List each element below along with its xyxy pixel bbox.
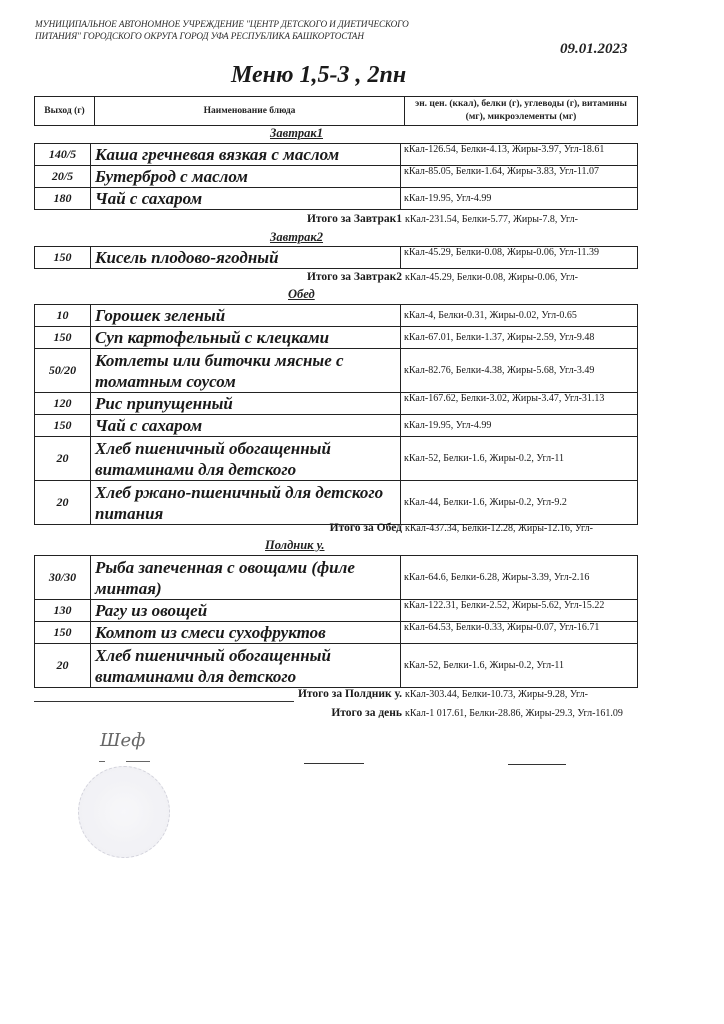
- meal-total-breakfast2: Итого за Завтрак2 кКал-45.29, Белки-0.08…: [34, 271, 638, 287]
- dish-yield: 150: [35, 415, 91, 437]
- dish-nutrition: кКал-64.6, Белки-6.28, Жиры-3.39, Угл-2.…: [401, 556, 638, 600]
- dish-yield: 140/5: [35, 144, 91, 166]
- table-row: 180 Чай с сахаром кКал-19.95, Угл-4.99: [35, 188, 638, 210]
- dish-name: Суп картофельный с клецками: [91, 327, 401, 349]
- signature-dash: [126, 761, 150, 762]
- dish-yield: 20: [35, 437, 91, 481]
- total-value: кКал-437.34, Белки-12.28, Жиры-12.16, Уг…: [405, 523, 593, 535]
- dish-nutrition: кКал-64.53, Белки-0.33, Жиры-0.07, Угл-1…: [401, 622, 638, 644]
- day-total-label: Итого за день: [331, 707, 402, 719]
- table-row: 50/20 Котлеты или биточки мясные с томат…: [35, 349, 638, 393]
- dish-name: Горошек зеленый: [91, 305, 401, 327]
- dish-name: Рис припущенный: [91, 393, 401, 415]
- dish-yield: 150: [35, 327, 91, 349]
- meal-title-snack: Полдник у.: [265, 538, 325, 553]
- total-label: Итого за Завтрак1: [307, 213, 402, 225]
- total-value: кКал-231.54, Белки-5.77, Жиры-7.8, Угл-: [405, 214, 578, 226]
- signature-line: [508, 764, 566, 765]
- dish-name: Хлеб ржано-пшеничный для детского питани…: [91, 481, 401, 525]
- dish-name: Кисель плодово-ягодный: [91, 247, 401, 269]
- dish-name: Чай с сахаром: [91, 415, 401, 437]
- column-header-dish: Наименование блюда: [95, 97, 405, 126]
- meal-total-breakfast1: Итого за Завтрак1 кКал-231.54, Белки-5.7…: [34, 213, 638, 229]
- signature-mark: Шеф: [100, 730, 145, 751]
- table-row: 20 Хлеб пшеничный обогащенный витаминами…: [35, 437, 638, 481]
- column-header-table: Выход (г) Наименование блюда эн. цен. (к…: [34, 96, 638, 126]
- dish-name: Рагу из овощей: [91, 600, 401, 622]
- meal-title-lunch: Обед: [288, 287, 315, 302]
- dish-yield: 10: [35, 305, 91, 327]
- dish-name: Хлеб пшеничный обогащенный витаминами дл…: [91, 437, 401, 481]
- meal-table-lunch: 10 Горошек зеленый кКал-4, Белки-0.31, Ж…: [34, 304, 638, 525]
- dish-nutrition: кКал-82.76, Белки-4.38, Жиры-5.68, Угл-3…: [401, 349, 638, 393]
- dish-yield: 50/20: [35, 349, 91, 393]
- meal-table-breakfast2: 150 Кисель плодово-ягодный кКал-45.29, Б…: [34, 246, 638, 269]
- dish-nutrition: кКал-67.01, Белки-1.37, Жиры-2.59, Угл-9…: [401, 327, 638, 349]
- dish-nutrition: кКал-45.29, Белки-0.08, Жиры-0.06, Угл-1…: [401, 247, 638, 269]
- dish-nutrition: кКал-85.05, Белки-1.64, Жиры-3.83, Угл-1…: [401, 166, 638, 188]
- table-row: 150 Компот из смеси сухофруктов кКал-64.…: [35, 622, 638, 644]
- meal-total-lunch: Итого за Обед кКал-437.34, Белки-12.28, …: [34, 522, 638, 538]
- signature-dash: [99, 761, 105, 762]
- dish-nutrition: кКал-52, Белки-1.6, Жиры-0.2, Угл-11: [401, 437, 638, 481]
- dish-name: Бутерброд с маслом: [91, 166, 401, 188]
- day-total-value: кКал-1 017.61, Белки-28.86, Жиры-29.3, У…: [405, 708, 640, 720]
- dish-nutrition: кКал-52, Белки-1.6, Жиры-0.2, Угл-11: [401, 644, 638, 688]
- dish-yield: 150: [35, 247, 91, 269]
- total-label: Итого за Полдник у.: [298, 688, 402, 700]
- table-row: 120 Рис припущенный кКал-167.62, Белки-3…: [35, 393, 638, 415]
- table-row: 20 Хлеб ржано-пшеничный для детского пит…: [35, 481, 638, 525]
- dish-name: Хлеб пшеничный обогащенный витаминами дл…: [91, 644, 401, 688]
- dish-yield: 20: [35, 644, 91, 688]
- dish-name: Котлеты или биточки мясные с томатным со…: [91, 349, 401, 393]
- total-label: Итого за Завтрак2: [307, 271, 402, 283]
- table-row: 150 Суп картофельный с клецками кКал-67.…: [35, 327, 638, 349]
- dish-name: Чай с сахаром: [91, 188, 401, 210]
- column-header-yield: Выход (г): [35, 97, 95, 126]
- dish-yield: 130: [35, 600, 91, 622]
- dish-nutrition: кКал-126.54, Белки-4.13, Жиры-3.97, Угл-…: [401, 144, 638, 166]
- stamp-icon: [78, 766, 170, 858]
- meal-table-breakfast1: 140/5 Каша гречневая вязкая с маслом кКа…: [34, 143, 638, 210]
- meal-table-snack: 30/30 Рыба запеченная с овощами (филе ми…: [34, 555, 638, 688]
- dish-nutrition: кКал-19.95, Угл-4.99: [401, 188, 638, 210]
- table-row: 130 Рагу из овощей кКал-122.31, Белки-2.…: [35, 600, 638, 622]
- total-label: Итого за Обед: [330, 522, 402, 534]
- table-row: 150 Чай с сахаром кКал-19.95, Угл-4.99: [35, 415, 638, 437]
- total-value: кКал-303.44, Белки-10.73, Жиры-9.28, Угл…: [405, 689, 588, 701]
- dish-yield: 120: [35, 393, 91, 415]
- dish-nutrition: кКал-19.95, Угл-4.99: [401, 415, 638, 437]
- table-row: 10 Горошек зеленый кКал-4, Белки-0.31, Ж…: [35, 305, 638, 327]
- signature-line: [304, 763, 364, 764]
- dish-yield: 20/5: [35, 166, 91, 188]
- meal-total-snack: Итого за Полдник у. кКал-303.44, Белки-1…: [34, 688, 638, 704]
- column-header-nutrition: эн. цен. (ккал), белки (г), углеводы (г)…: [405, 97, 638, 126]
- dish-nutrition: кКал-44, Белки-1.6, Жиры-0.2, Угл-9.2: [401, 481, 638, 525]
- meal-title-breakfast2: Завтрак2: [270, 230, 323, 245]
- page-title: Меню 1,5-3 , 2пн: [231, 62, 406, 89]
- meal-title-breakfast1: Завтрак1: [270, 126, 323, 141]
- dish-nutrition: кКал-4, Белки-0.31, Жиры-0.02, Угл-0.65: [401, 305, 638, 327]
- dish-nutrition: кКал-167.62, Белки-3.02, Жиры-3.47, Угл-…: [401, 393, 638, 415]
- total-value: кКал-45.29, Белки-0.08, Жиры-0.06, Угл-: [405, 272, 578, 284]
- dish-nutrition: кКал-122.31, Белки-2.52, Жиры-5.62, Угл-…: [401, 600, 638, 622]
- table-row: 150 Кисель плодово-ягодный кКал-45.29, Б…: [35, 247, 638, 269]
- table-row: 20 Хлеб пшеничный обогащенный витаминами…: [35, 644, 638, 688]
- table-row: 140/5 Каша гречневая вязкая с маслом кКа…: [35, 144, 638, 166]
- dish-name: Компот из смеси сухофруктов: [91, 622, 401, 644]
- table-row: 20/5 Бутерброд с маслом кКал-85.05, Белк…: [35, 166, 638, 188]
- dish-yield: 180: [35, 188, 91, 210]
- dish-yield: 20: [35, 481, 91, 525]
- dish-yield: 150: [35, 622, 91, 644]
- dish-name: Каша гречневая вязкая с маслом: [91, 144, 401, 166]
- dish-yield: 30/30: [35, 556, 91, 600]
- table-row: 30/30 Рыба запеченная с овощами (филе ми…: [35, 556, 638, 600]
- menu-date: 09.01.2023: [560, 41, 628, 58]
- organization-name: МУНИЦИПАЛЬНОЕ АВТОНОМНОЕ УЧРЕЖДЕНИЕ "ЦЕН…: [35, 19, 415, 42]
- dish-name: Рыба запеченная с овощами (филе минтая): [91, 556, 401, 600]
